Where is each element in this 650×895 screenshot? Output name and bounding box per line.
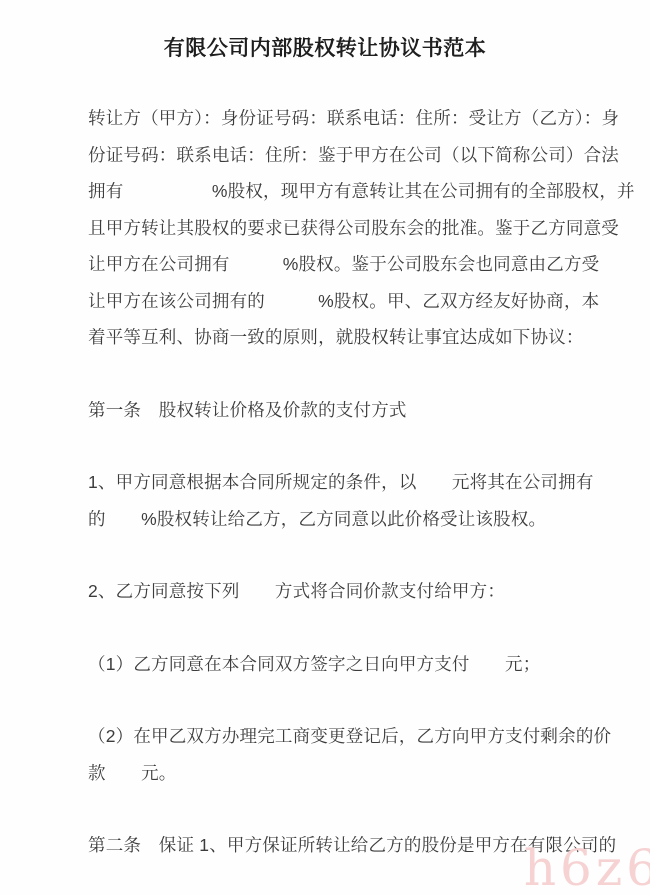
doc-line: （1）乙方同意在本合同双方签字之日向甲方支付 元；: [88, 646, 570, 683]
doc-line: 份证号码：联系电话：住所：鉴于甲方在公司（以下简称公司）合法: [88, 137, 570, 174]
document-page: 有限公司内部股权转让协议书范本 转让方（甲方）：身份证号码：联系电话：住所：受让…: [0, 0, 650, 895]
doc-line: 让甲方在该公司拥有的 %股权。甲、乙双方经友好协商，本: [88, 283, 570, 320]
doc-line: （2）在甲乙双方办理完工商变更登记后，乙方向甲方支付剩余的价: [88, 718, 570, 755]
payment-subitem-2: （2）在甲乙双方办理完工商变更登记后，乙方向甲方支付剩余的价 款 元。: [88, 718, 570, 791]
clause-1-heading: 第一条 股权转让价格及价款的支付方式: [88, 392, 570, 429]
clause-1-item-1: 1、甲方同意根据本合同所规定的条件，以 元将其在公司拥有 的 %股权转让给乙方，…: [88, 464, 570, 537]
intro-paragraph: 转让方（甲方）：身份证号码：联系电话：住所：受让方（乙方）：身 份证号码：联系电…: [88, 100, 570, 356]
document-title: 有限公司内部股权转让协议书范本: [0, 0, 650, 64]
doc-line: 且甲方转让其股权的要求已获得公司股东会的批准。鉴于乙方同意受: [88, 210, 570, 247]
document-body: 转让方（甲方）：身份证号码：联系电话：住所：受让方（乙方）：身 份证号码：联系电…: [88, 100, 570, 864]
clause-1-item-2: 2、乙方同意按下列 方式将合同价款支付给甲方：: [88, 573, 570, 610]
doc-line: 2、乙方同意按下列 方式将合同价款支付给甲方：: [88, 573, 570, 610]
doc-line: 1、甲方同意根据本合同所规定的条件，以 元将其在公司拥有: [88, 464, 570, 501]
doc-line: 款 元。: [88, 755, 570, 792]
doc-line: 的 %股权转让给乙方，乙方同意以此价格受让该股权。: [88, 501, 570, 538]
payment-subitem-1: （1）乙方同意在本合同双方签字之日向甲方支付 元；: [88, 646, 570, 683]
doc-line: 着平等互利、协商一致的原则，就股权转让事宜达成如下协议：: [88, 319, 570, 356]
doc-line: 第一条 股权转让价格及价款的支付方式: [88, 392, 570, 429]
doc-line: 转让方（甲方）：身份证号码：联系电话：住所：受让方（乙方）：身: [88, 100, 570, 137]
doc-line: 让甲方在公司拥有 %股权。鉴于公司股东会也同意由乙方受: [88, 246, 570, 283]
doc-line: 拥有 %股权，现甲方有意转让其在公司拥有的全部股权，并: [88, 173, 570, 210]
clause-2-heading: 第二条 保证 1、甲方保证所转让给乙方的股份是甲方在有限公司的: [88, 827, 570, 864]
doc-line: 第二条 保证 1、甲方保证所转让给乙方的股份是甲方在有限公司的: [88, 827, 570, 864]
